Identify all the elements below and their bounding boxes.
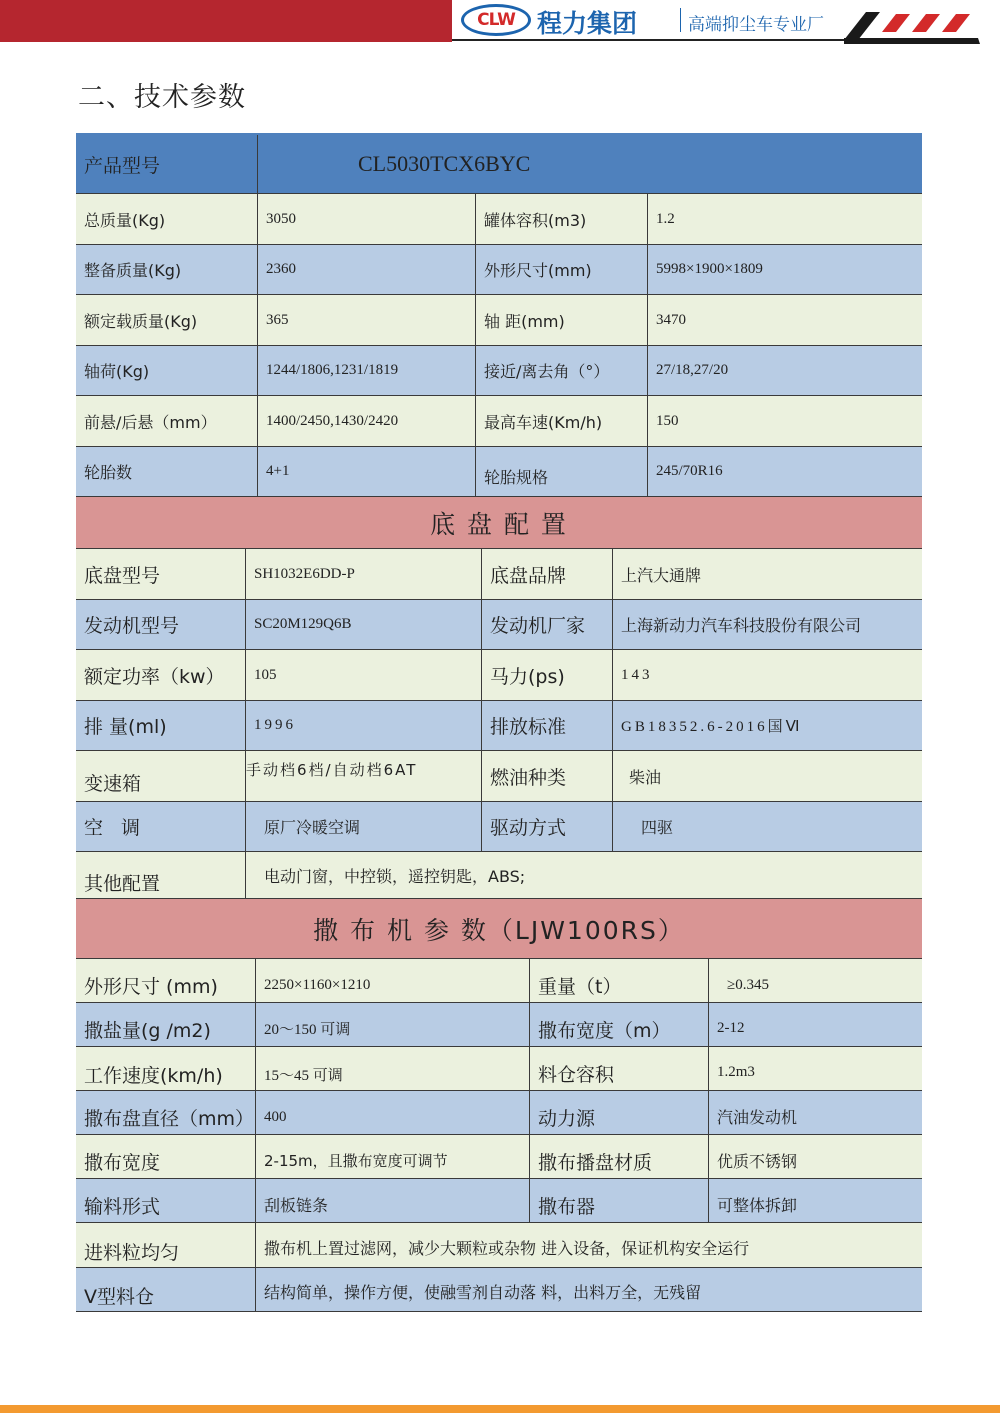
spec-label: 重量（t） <box>530 959 709 1002</box>
spec-value: 优质不锈钢 <box>709 1135 922 1178</box>
spec-value: 105 <box>246 650 482 700</box>
spec-label: 燃油种类 <box>482 751 613 801</box>
brand-slogan: 高端抑尘车专业厂 <box>688 10 824 35</box>
table-row: 总质量(Kg) 3050 罐体容积(m3) 1.2 <box>76 194 922 245</box>
table-row: 工作速度(km/h) 15～45 可调 料仓容积 1.2m3 <box>76 1047 922 1091</box>
spec-value: 撒布机上置过滤网，减少大颗粒或杂物 进入设备，保证机构安全运行 <box>256 1223 922 1267</box>
spec-label: 轴 距(mm) <box>476 295 648 345</box>
spec-label: 撒布宽度 <box>76 1135 256 1178</box>
table-row: 额定功率（kw） 105 马力(ps) 143 <box>76 650 922 701</box>
spec-value: 柴油 <box>613 751 922 801</box>
spec-label: 输料形式 <box>76 1179 256 1222</box>
spec-value: 刮板链条 <box>256 1179 530 1222</box>
spec-value: 4+1 <box>258 447 476 496</box>
spec-label: 前悬/后悬（mm） <box>76 396 258 446</box>
spec-value: 27/18,27/20 <box>648 346 922 395</box>
spreader-title: 撒 布 机 参 数（LJW100RS） <box>76 899 922 958</box>
spec-value: 5998×1900×1809 <box>648 245 922 294</box>
spec-label: 底盘品牌 <box>482 549 613 599</box>
spec-value: 3470 <box>648 295 922 345</box>
spec-value: 1244/1806,1231/1819 <box>258 346 476 395</box>
spec-label: 额定功率（kw） <box>76 650 246 700</box>
table-row: 其他配置 电动门窗，中控锁，遥控钥匙，ABS; <box>76 852 922 899</box>
spec-value: 手动档6档/自动档6AT <box>246 751 482 801</box>
table-row: 外形尺寸 (mm) 2250×1160×1210 重量（t） ≥0.345 <box>76 959 922 1003</box>
spec-label: 撒布宽度（m） <box>530 1003 709 1046</box>
table-row: 整备质量(Kg) 2360 外形尺寸(mm) 5998×1900×1809 <box>76 245 922 295</box>
spec-value: 原厂冷暖空调 <box>246 802 482 851</box>
spec-label: 撒布盘直径（mm） <box>76 1091 256 1134</box>
table-row: 撒布盘直径（mm） 400 动力源 汽油发动机 <box>76 1091 922 1135</box>
brand-divider <box>680 8 681 32</box>
section-title: 二、技术参数 <box>78 75 246 114</box>
model-label: 产品型号 <box>76 135 258 193</box>
spec-label: 空 调 <box>76 802 246 851</box>
chassis-banner: 底 盘 配 置 <box>76 497 922 549</box>
spec-value: 2-15m，且撒布宽度可调节 <box>256 1135 530 1178</box>
spec-label: 罐体容积(m3) <box>476 194 648 244</box>
spec-label: 料仓容积 <box>530 1047 709 1090</box>
spec-value: SC20M129Q6B <box>246 600 482 649</box>
spec-value: 电动门窗，中控锁，遥控钥匙，ABS; <box>246 852 922 898</box>
spec-value: 15～45 可调 <box>256 1047 530 1090</box>
spec-value: 上汽大通牌 <box>613 549 922 599</box>
spec-label: 撒盐量(g /m2) <box>76 1003 256 1046</box>
spec-value: 3050 <box>258 194 476 244</box>
logo-text: CLW <box>477 10 515 30</box>
spec-label: 排放标准 <box>482 701 613 750</box>
spec-label: 轴荷(Kg) <box>76 346 258 395</box>
table-row: 空 调 原厂冷暖空调 驱动方式 四驱 <box>76 802 922 852</box>
spec-label: 外形尺寸 (mm) <box>76 959 256 1002</box>
table-row: 变速箱 手动档6档/自动档6AT 燃油种类 柴油 <box>76 751 922 802</box>
spec-value: 1.2 <box>648 194 922 244</box>
spec-label: 动力源 <box>530 1091 709 1134</box>
clw-logo: CLW <box>461 4 531 36</box>
spec-value: 1400/2450,1430/2420 <box>258 396 476 446</box>
table-row: 撒布宽度 2-15m，且撒布宽度可调节 撒布播盘材质 优质不锈钢 <box>76 1135 922 1179</box>
spec-value: 可整体拆卸 <box>709 1179 922 1222</box>
spec-value: 1.2m3 <box>709 1047 922 1090</box>
spec-value: 2250×1160×1210 <box>256 959 530 1002</box>
spec-label: 撒布播盘材质 <box>530 1135 709 1178</box>
spec-label: 驱动方式 <box>482 802 613 851</box>
spreader-banner: 撒 布 机 参 数（LJW100RS） <box>76 899 922 959</box>
spec-value: 143 <box>613 650 922 700</box>
spec-label: 变速箱 <box>76 751 246 801</box>
table-row: 额定载质量(Kg) 365 轴 距(mm) 3470 <box>76 295 922 346</box>
spec-label: 外形尺寸(mm) <box>476 245 648 294</box>
table-row: 轴荷(Kg) 1244/1806,1231/1819 接近/离去角（°） 27/… <box>76 346 922 396</box>
spec-label: 整备质量(Kg) <box>76 245 258 294</box>
spec-value: 汽油发动机 <box>709 1091 922 1134</box>
spec-label: 其他配置 <box>76 852 246 898</box>
spec-label: 最高车速(Km/h) <box>476 396 648 446</box>
spec-value: 245/70R16 <box>648 447 922 496</box>
spec-value: 365 <box>258 295 476 345</box>
spec-label: 工作速度(km/h) <box>76 1047 256 1090</box>
spec-label: 接近/离去角（°） <box>476 346 648 395</box>
table-row: 排 量(ml) 1996 排放标准 GB18352.6-2016国Ⅵ <box>76 701 922 751</box>
spec-value: 150 <box>648 396 922 446</box>
spec-value: 400 <box>256 1091 530 1134</box>
table-row: 轮胎数 4+1 轮胎规格 245/70R16 <box>76 447 922 497</box>
spec-label: 轮胎数 <box>76 447 258 496</box>
spec-label: 底盘型号 <box>76 549 246 599</box>
spec-label: 排 量(ml) <box>76 701 246 750</box>
spec-value: ≥0.345 <box>709 959 922 1002</box>
spec-value: 2-12 <box>709 1003 922 1046</box>
spec-label: 马力(ps) <box>482 650 613 700</box>
spec-label: 轮胎规格 <box>476 447 648 496</box>
model-row: 产品型号 CL5030TCX6BYC <box>76 133 922 194</box>
spec-label: V型料仓 <box>76 1268 256 1311</box>
spec-label: 发动机型号 <box>76 600 246 649</box>
footer-bar <box>0 1405 1000 1413</box>
spec-value: 四驱 <box>613 802 922 851</box>
table-row: 输料形式 刮板链条 撒布器 可整体拆卸 <box>76 1179 922 1223</box>
spec-table: 产品型号 CL5030TCX6BYC 总质量(Kg) 3050 罐体容积(m3)… <box>76 133 922 1313</box>
chassis-title: 底 盘 配 置 <box>76 497 922 548</box>
header-red-bar <box>0 0 452 42</box>
spec-value: SH1032E6DD-P <box>246 549 482 599</box>
model-value: CL5030TCX6BYC <box>258 135 922 193</box>
spec-label: 总质量(Kg) <box>76 194 258 244</box>
table-row: 前悬/后悬（mm） 1400/2450,1430/2420 最高车速(Km/h)… <box>76 396 922 447</box>
spec-label: 额定载质量(Kg) <box>76 295 258 345</box>
brand-stripes-icon <box>844 2 984 46</box>
spec-value: 1996 <box>246 701 482 750</box>
spec-label: 进料粒均匀 <box>76 1223 256 1267</box>
spec-value: 结构简单，操作方便，使融雪剂自动落 料，出料万全，无残留 <box>256 1268 922 1311</box>
spec-label: 发动机厂家 <box>482 600 613 649</box>
spec-value: GB18352.6-2016国Ⅵ <box>613 701 922 750</box>
table-row: 底盘型号 SH1032E6DD-P 底盘品牌 上汽大通牌 <box>76 549 922 600</box>
brand-name: 程力集团 <box>537 4 637 40</box>
table-row: 发动机型号 SC20M129Q6B 发动机厂家 上海新动力汽车科技股份有限公司 <box>76 600 922 650</box>
spec-label: 撒布器 <box>530 1179 709 1222</box>
table-row: 撒盐量(g /m2) 20～150 可调 撒布宽度（m） 2-12 <box>76 1003 922 1047</box>
spec-value: 2360 <box>258 245 476 294</box>
table-row: 进料粒均匀 撒布机上置过滤网，减少大颗粒或杂物 进入设备，保证机构安全运行 <box>76 1223 922 1268</box>
table-row: V型料仓 结构简单，操作方便，使融雪剂自动落 料，出料万全，无残留 <box>76 1268 922 1312</box>
spec-value: 上海新动力汽车科技股份有限公司 <box>613 600 922 649</box>
spec-value: 20～150 可调 <box>256 1003 530 1046</box>
